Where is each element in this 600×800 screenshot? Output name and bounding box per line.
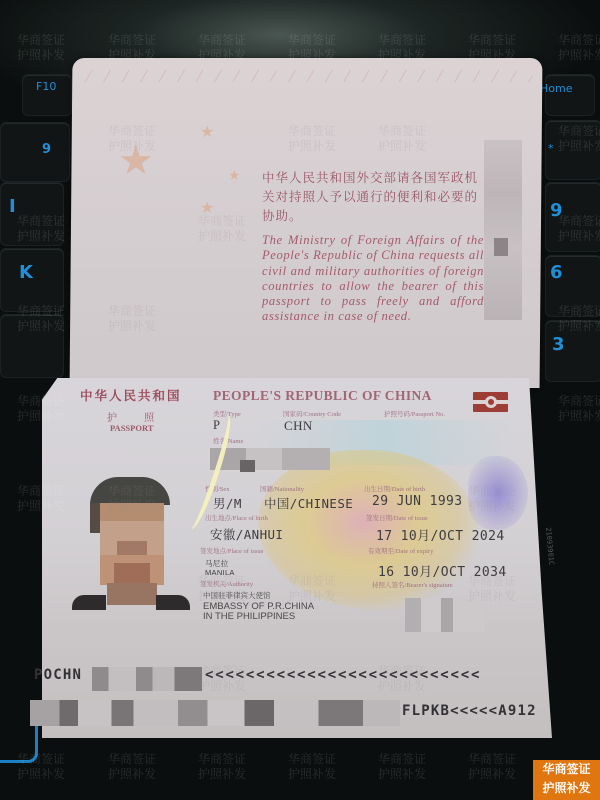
key-label-asterisk: * xyxy=(548,142,554,155)
redacted-area xyxy=(494,238,508,256)
doe-value: 16 10月/OCT 2034 xyxy=(378,561,507,580)
badge-line-2: 护照补发 xyxy=(533,779,600,798)
poi-label: 签发地点/Place of issue xyxy=(200,546,264,555)
header-country-en: PEOPLE'S REPUBLIC OF CHINA xyxy=(213,388,432,404)
country-code-label: 国家码/Country Code xyxy=(283,409,341,418)
doc-name-cn: 护 照 xyxy=(107,409,166,424)
redacted-mrz xyxy=(30,700,400,726)
watermark: 华商签证护照补发 xyxy=(17,33,65,63)
pob-label: 出生地点/Place of birth xyxy=(205,513,268,522)
dob-label: 出生日期/Date of birth xyxy=(364,484,425,493)
keyboard-key xyxy=(0,314,64,378)
pob-value: 安徽/ANHUI xyxy=(210,525,283,543)
key-label-6: 6 xyxy=(550,262,563,283)
key-label-3: 3 xyxy=(552,334,565,355)
star-icon: ★ xyxy=(200,198,214,217)
watermark: 华商签证护照补发 xyxy=(468,752,516,782)
ovi-ink-print xyxy=(468,456,528,530)
redacted-area xyxy=(484,140,522,320)
redacted-name xyxy=(240,460,255,472)
key-label-k: K xyxy=(19,262,33,283)
guilloche-border xyxy=(82,70,532,82)
photo-scene: F10 9 I K Home * 9 6 3 ★ ★ ★ ★ 中华人民共和国外交… xyxy=(0,0,600,800)
nationality-value: 中国/CHINESE xyxy=(264,494,353,512)
keyboard-key xyxy=(545,74,595,116)
star-icon: ★ xyxy=(200,122,214,141)
poi-value-en: MANILA xyxy=(205,568,235,577)
authority-label: 签发机关/Authority xyxy=(200,579,253,588)
key-label-home: Home xyxy=(540,82,572,95)
dob-value: 29 JUN 1993 xyxy=(372,494,463,509)
passport-no-label: 护照号码/Passport No. xyxy=(384,409,445,418)
redacted-name xyxy=(210,448,330,470)
watermark: 华商签证护照补发 xyxy=(378,752,426,782)
doi-value: 17 10月/OCT 2024 xyxy=(376,525,505,544)
issuing-authority: 中国驻菲律宾大使馆 EMBASSY OF P.R.CHINA IN THE PH… xyxy=(203,591,314,623)
country-code-value: CHN xyxy=(284,418,313,434)
keyboard-key xyxy=(0,122,70,182)
brand-badge: 华商签证 护照补发 xyxy=(533,760,600,800)
mrz-line-2-end: FLPKB<<<<<A912 xyxy=(402,703,537,719)
watermark: 华商签证护照补发 xyxy=(108,752,156,782)
sex-value: 男/M xyxy=(213,494,242,512)
serial-number: 21093901C xyxy=(544,527,555,565)
observation-text-english: The Ministry of Foreign Affairs of the P… xyxy=(262,233,484,325)
star-icon: ★ xyxy=(228,168,241,184)
doi-label: 签发日期/Date of issue xyxy=(366,513,428,522)
key-label-9: 9 xyxy=(42,142,51,157)
watermark: 华商签证护照补发 xyxy=(558,33,600,63)
mrz-line-1-fill: <<<<<<<<<<<<<<<<<<<<<<<<<<< xyxy=(205,667,481,683)
redacted-signature xyxy=(405,598,485,632)
redacted-mrz xyxy=(92,667,202,691)
mrz-line-1-start: POCHN xyxy=(34,667,82,683)
badge-line-1: 华商签证 xyxy=(533,760,600,779)
key-label-9-numpad: 9 xyxy=(550,200,563,221)
doe-label: 有效期至/Date of expiry xyxy=(368,546,433,555)
doc-name-en: PASSPORT xyxy=(110,423,153,433)
authority-cn: 中国驻菲律宾大使馆 xyxy=(203,591,314,602)
header-country-cn: 中华人民共和国 xyxy=(80,386,182,404)
star-icon: ★ xyxy=(118,138,154,184)
watermark: 华商签证护照补发 xyxy=(558,394,600,424)
key-label-f10: F10 xyxy=(36,80,56,93)
key-label-i: I xyxy=(9,196,16,217)
chip-emblem-icon xyxy=(473,392,508,412)
authority-en-2: IN THE PHILIPPINES xyxy=(203,612,314,623)
watermark: 华商签证护照补发 xyxy=(288,752,336,782)
observation-text-chinese: 中华人民共和国外交部请各国军政机关对持照人予以通行的便利和必要的协助。 xyxy=(262,168,482,225)
nationality-label: 国籍/Nationality xyxy=(260,484,304,493)
watermark: 华商签证护照补发 xyxy=(198,752,246,782)
signature-label: 持照人签名/Bearer's signature xyxy=(372,580,453,589)
holder-photo-pixelated xyxy=(72,455,190,610)
